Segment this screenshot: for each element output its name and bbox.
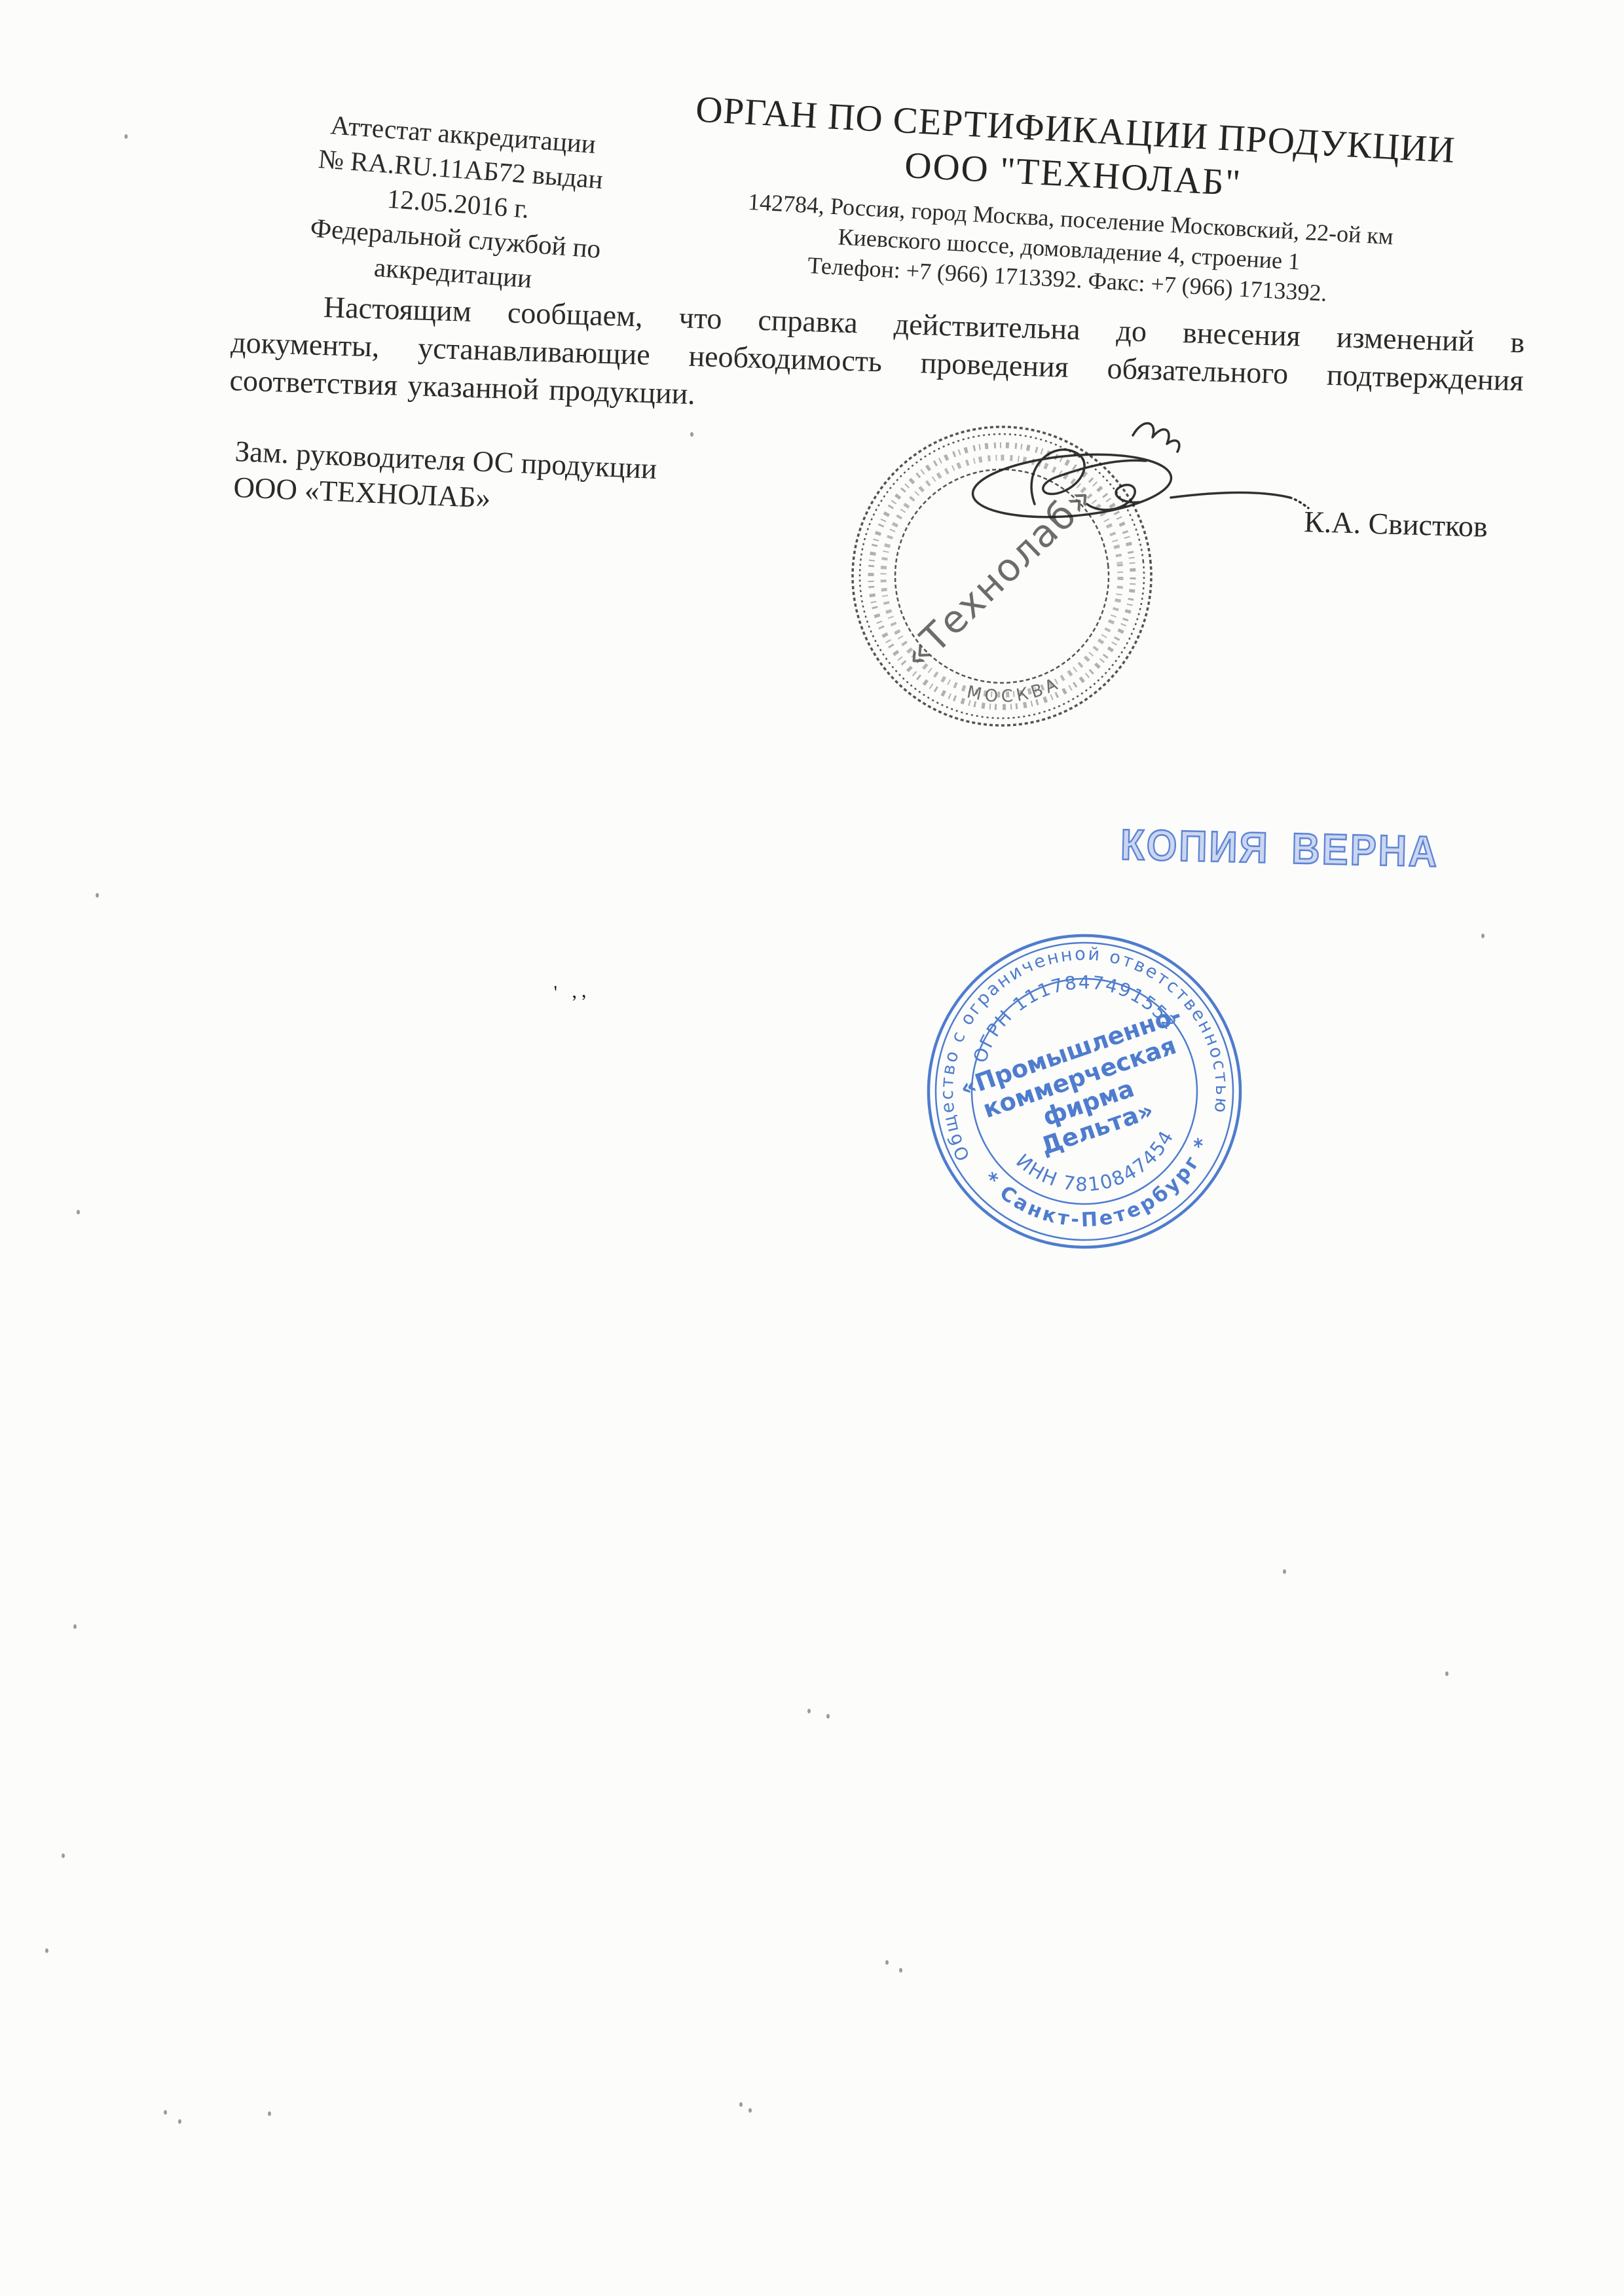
handwritten-signature: [936, 406, 1395, 556]
copy-verna-stamp: КОПИЯ ВЕРНА: [1120, 820, 1439, 877]
scan-speck: [807, 1709, 811, 1713]
scan-speck: [268, 2111, 271, 2116]
signature-tail: [1171, 492, 1290, 498]
scanned-document-page: Аттестат аккредитации № RA.RU.11АБ72 выд…: [0, 0, 1624, 2296]
scan-speck: [739, 2102, 743, 2107]
scan-speck: [1445, 1671, 1449, 1676]
signature-flourish: [1133, 424, 1179, 452]
scan-speck: [899, 1968, 902, 1973]
scan-speck: [826, 1714, 830, 1719]
scan-speck: [164, 2110, 167, 2115]
round-stamp-delta: Общество с ограниченной ответственностью…: [915, 922, 1253, 1260]
stamp-ring-text-bottom: МОСКВА: [963, 672, 1065, 711]
org-header: ОРГАН ПО СЕРТИФИКАЦИИ ПРОДУКЦИИ ООО "ТЕХ…: [658, 86, 1486, 316]
scan-speck: [124, 134, 128, 139]
scan-speck: [77, 1210, 80, 1214]
scan-speck: [1481, 934, 1485, 938]
scan-speck: [1283, 1569, 1286, 1574]
accreditation-block: Аттестат аккредитации № RA.RU.11АБ72 выд…: [263, 103, 654, 304]
signature-tail-fade: [1290, 498, 1308, 508]
scan-speck: [178, 2119, 181, 2124]
scan-speck: [45, 1948, 48, 1953]
scan-speck: [62, 1853, 65, 1858]
scan-speck: [96, 893, 99, 898]
scan-speck: [73, 1624, 77, 1629]
scan-speck: [748, 2108, 752, 2113]
svg-text:МОСКВА: МОСКВА: [963, 672, 1065, 711]
signatory-title-block: Зам. руководителя ОС продукции ООО «ТЕХН…: [232, 433, 824, 530]
scan-speck: [690, 432, 693, 437]
scan-tick-marks: ' ,,: [553, 979, 591, 1004]
scan-speck: [885, 1960, 889, 1965]
